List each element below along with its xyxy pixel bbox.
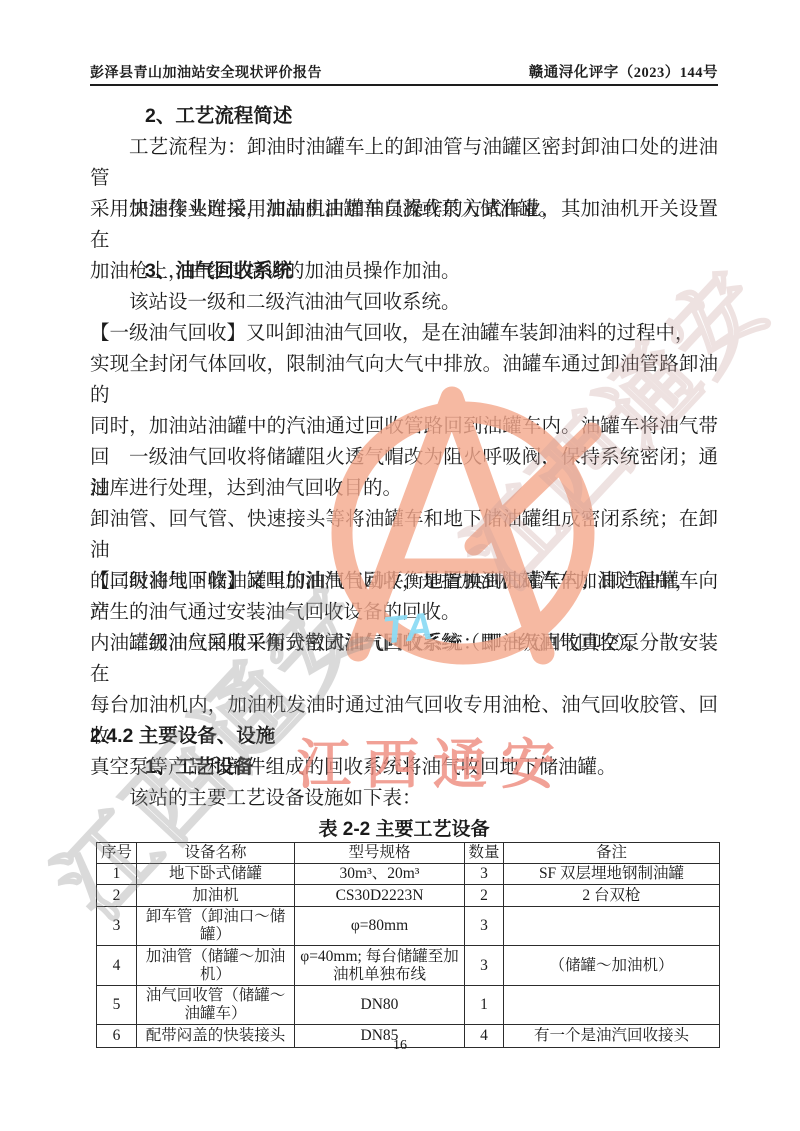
table-header-cell: 序号 bbox=[97, 843, 137, 864]
table-row: 5油气回收管（储罐～油罐车）DN801 bbox=[97, 986, 720, 1025]
table-header-row: 序号设备名称型号规格数量备注 bbox=[97, 843, 720, 864]
paragraph-vapor-intro: 该站设一级和二级汽油油气回收系统。 bbox=[90, 287, 718, 318]
table-header-cell: 数量 bbox=[465, 843, 504, 864]
table-header-cell: 型号规格 bbox=[295, 843, 465, 864]
table-cell bbox=[504, 907, 720, 946]
table-cell: 3 bbox=[465, 864, 504, 885]
table-cell: 2 bbox=[97, 885, 137, 907]
equipment-table: 序号设备名称型号规格数量备注1地下卧式储罐30m³、20m³3SF 双层埋地钢制… bbox=[96, 842, 720, 1048]
table-cell: 1 bbox=[465, 986, 504, 1025]
table-row: 4加油管（储罐～加油机）φ=40mm; 每台储罐至加油机单独布线3（储罐～加油机… bbox=[97, 946, 720, 986]
document-page: 彭泽县青山加油站安全现状评价报告 赣通浔化评字（2023）144号 2、工艺流程… bbox=[0, 0, 800, 1131]
table-header-cell: 备注 bbox=[504, 843, 720, 864]
table-cell: 2 bbox=[465, 885, 504, 907]
table-cell: （储罐～加油机） bbox=[504, 946, 720, 986]
table-caption: 表 2-2 主要工艺设备 bbox=[90, 814, 718, 845]
table-cell: 30m³、20m³ bbox=[295, 864, 465, 885]
table-cell: φ=40mm; 每台储罐至加油机单独布线 bbox=[295, 946, 465, 986]
table-cell: CS30D2223N bbox=[295, 885, 465, 907]
table-cell: 3 bbox=[465, 907, 504, 946]
table-cell: φ=80mm bbox=[295, 907, 465, 946]
table-cell: SF 双层埋地钢制油罐 bbox=[504, 864, 720, 885]
table-cell: 1 bbox=[97, 864, 137, 885]
table-cell: 地下卧式储罐 bbox=[137, 864, 295, 885]
table-row: 1地下卧式储罐30m³、20m³3SF 双层埋地钢制油罐 bbox=[97, 864, 720, 885]
section-heading-main-equipment: 2.4.2 主要设备、设施 bbox=[90, 721, 718, 752]
page-number: 16 bbox=[0, 1038, 800, 1054]
header-document-number: 赣通浔化评字（2023）144号 bbox=[529, 61, 718, 82]
table-cell: 加油机 bbox=[137, 885, 295, 907]
table-row: 2加油机CS30D2223N22 台双枪 bbox=[97, 885, 720, 907]
section-heading-process-flow: 2、工艺流程简述 bbox=[90, 101, 773, 132]
table-row: 3卸车管（卸油口～储罐）φ=80mm3 bbox=[97, 907, 720, 946]
table-cell: 加油管（储罐～加油机） bbox=[137, 946, 295, 986]
header-report-title: 彭泽县青山加油站安全现状评价报告 bbox=[90, 62, 322, 82]
paragraph-stage2-definition: 【二级油气回收】又叫加油油气回收，是指加油机对汽车加油过程中， 产生的油气通过安… bbox=[90, 566, 718, 628]
section-heading-vapor-recovery: 3、油气回收系统 bbox=[90, 256, 773, 287]
table-cell: DN80 bbox=[295, 986, 465, 1025]
table-cell: 2 台双枪 bbox=[504, 885, 720, 907]
paragraph-table-intro: 该站的主要工艺设备设施如下表： bbox=[90, 783, 718, 814]
table-cell: 4 bbox=[97, 946, 137, 986]
table-cell: 卸车管（卸油口～储罐） bbox=[137, 907, 295, 946]
table-header-cell: 设备名称 bbox=[137, 843, 295, 864]
table-cell: 3 bbox=[97, 907, 137, 946]
table-cell: 油气回收管（储罐～油罐车） bbox=[137, 986, 295, 1025]
table-cell: 3 bbox=[465, 946, 504, 986]
table-cell: 5 bbox=[97, 986, 137, 1025]
section-heading-process-equipment: 1、工艺设备 bbox=[90, 752, 773, 783]
table-cell bbox=[504, 986, 720, 1025]
header-rule bbox=[90, 84, 718, 86]
